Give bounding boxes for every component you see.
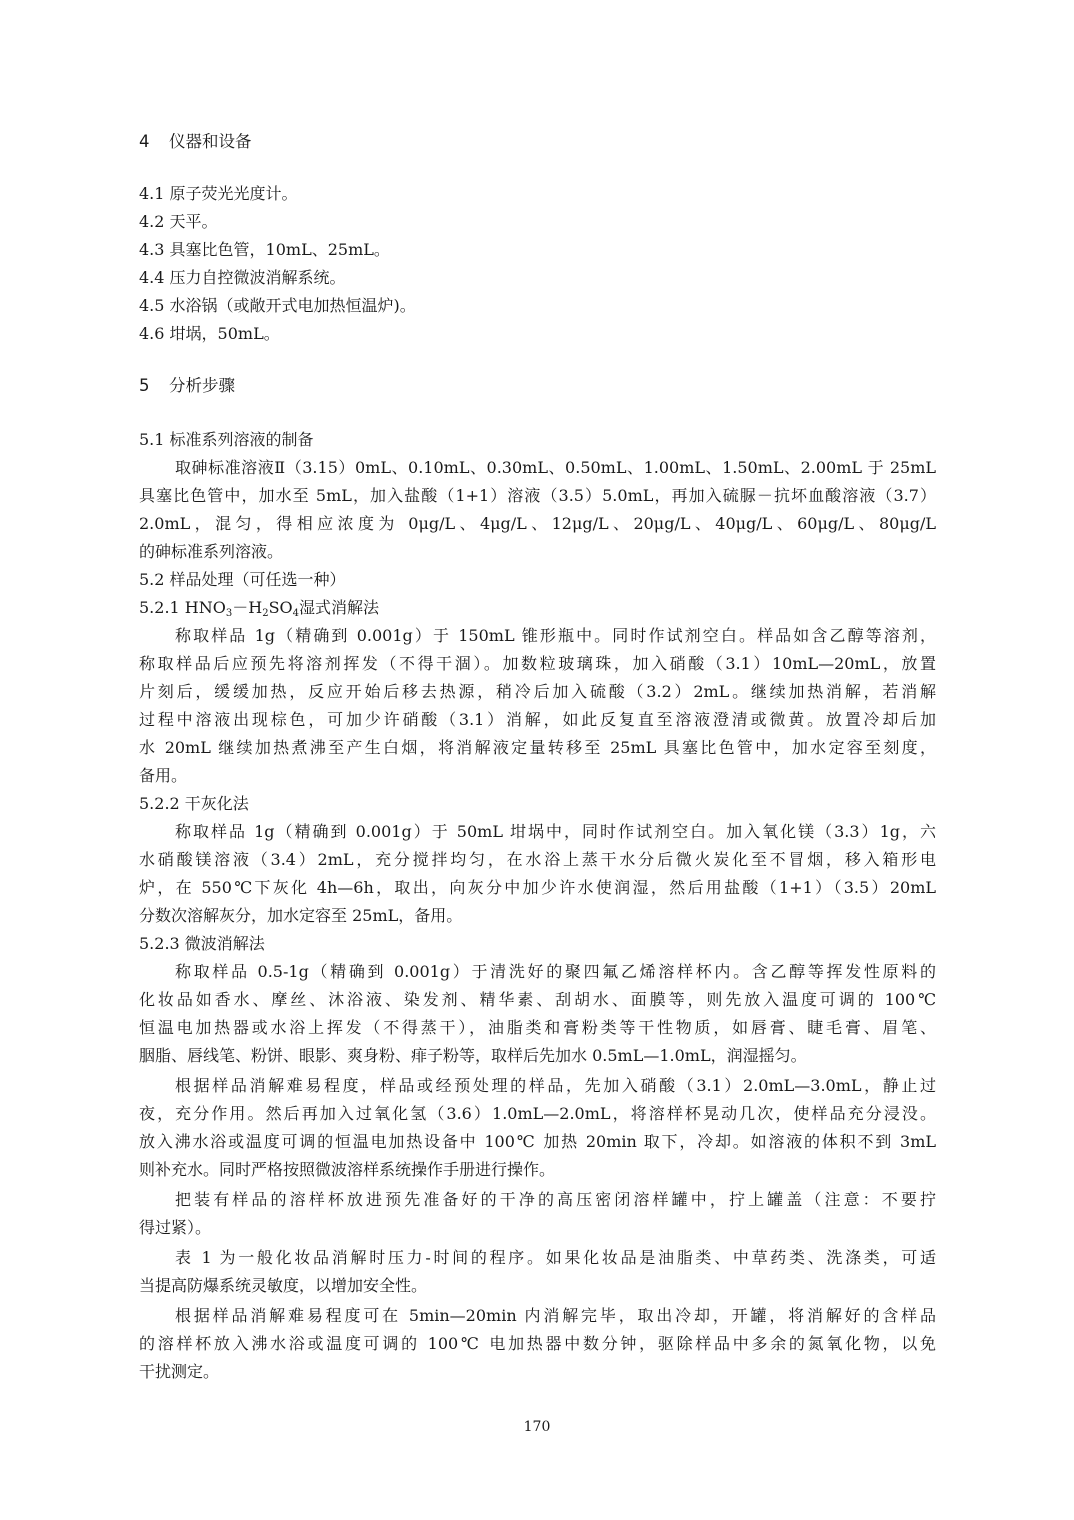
paragraph-line: 胭脂、唇线笔、粉饼、眼影、爽身粉、痱子粉等，取样后先加水 0.5mL—1.0mL… [139, 1046, 807, 1066]
paragraph-line: 水硝酸镁溶液（3.4）2mL，充分搅拌均匀，在水浴上蒸干水分后微火炭化至不冒烟，… [139, 850, 936, 870]
paragraph-line: 过程中溶液出现棕色，可加少许硝酸（3.1）消解，如此反复直至溶液澄清或微黄。放置… [139, 710, 936, 730]
paragraph-line: 称取样品 1g（精确到 0.001g）于 50mL 坩埚中，同时作试剂空白。加入… [139, 822, 936, 842]
section-5-heading: 5分析步骤 [139, 376, 235, 396]
paragraph-line: 称取样品后应预先将溶剂挥发（不得干涸）。加数粒玻璃珠，加入硝酸（3.1）10mL… [139, 654, 936, 674]
paragraph-line: 根据样品消解难易程度，样品或经预处理的样品，先加入硝酸（3.1）2.0mL—3.… [139, 1076, 936, 1096]
paragraph-line: 表 1 为一般化妆品消解时压力-时间的程序。如果化妆品是油脂类、中草药类、洗涤类… [139, 1248, 936, 1268]
paragraph-line: 把装有样品的溶样杯放进预先准备好的干净的高压密闭溶样罐中，拧上罐盖（注意：不要拧 [139, 1190, 936, 1210]
paragraph-line: 片刻后，缓缓加热，反应开始后移去热源，稍冷后加入硫酸（3.2）2mL。继续加热消… [139, 682, 936, 702]
paragraph-line: 的溶样杯放入沸水浴或温度可调的 100℃ 电加热器中数分钟，驱除样品中多余的氮氧… [139, 1334, 936, 1354]
paragraph-line: 取砷标准溶液Ⅱ（3.15）0mL、0.10mL、0.30mL、0.50mL、1.… [139, 458, 936, 478]
subsection-5-2-3-heading: 5.2.3 微波消解法 [139, 934, 265, 954]
paragraph-line: 得过紧）。 [139, 1218, 211, 1238]
paragraph-line: 水 20mL 继续加热煮沸至产生白烟，将消解液定量转移至 25mL 具塞比色管中… [139, 738, 936, 758]
paragraph-line: 当提高防爆系统灵敏度，以增加安全性。 [139, 1276, 427, 1296]
list-item: 4.1 原子荧光光度计。 [139, 184, 298, 204]
paragraph-line: 2.0mL，混匀，得相应浓度为 0μg/L、4μg/L、12μg/L、20μg/… [139, 514, 936, 534]
paragraph-line: 夜，充分作用。然后再加入过氧化氢（3.6）1.0mL—2.0mL，将溶样杯晃动几… [139, 1104, 936, 1124]
paragraph-line: 炉，在 550℃下灰化 4h—6h，取出，向灰分中加少许水使润湿，然后用盐酸（1… [139, 878, 936, 898]
paragraph-line: 根据样品消解难易程度可在 5min—20min 内消解完毕，取出冷却，开罐，将消… [139, 1306, 936, 1326]
paragraph-line: 称取样品 0.5-1g（精确到 0.001g）于清洗好的聚四氟乙烯溶样杯内。含乙… [139, 962, 936, 982]
paragraph-line: 化妆品如香水、摩丝、沐浴液、染发剂、精华素、刮胡水、面膜等，则先放入温度可调的 … [139, 990, 936, 1010]
paragraph-line: 称取样品 1g（精确到 0.001g）于 150mL 锥形瓶中。同时作试剂空白。… [139, 626, 936, 646]
paragraph-line: 的砷标准系列溶液。 [139, 542, 283, 562]
paragraph-line: 干扰测定。 [139, 1362, 219, 1382]
list-item: 4.2 天平。 [139, 212, 218, 232]
paragraph-line: 具塞比色管中，加水至 5mL，加入盐酸（1+1）溶液（3.5）5.0mL，再加入… [139, 486, 936, 506]
page-number: 170 [0, 1419, 1074, 1435]
paragraph-line: 备用。 [139, 766, 187, 786]
subsection-5-2-1-heading: 5.2.1 HNO3－H2SO4湿式消解法 [139, 598, 379, 618]
paragraph-line: 放入沸水浴或温度可调的恒温电加热设备中 100℃ 加热 20min 取下，冷却。… [139, 1132, 936, 1152]
paragraph-line: 分数次溶解灰分，加水定容至 25mL，备用。 [139, 906, 462, 926]
section-4-heading: 4仪器和设备 [139, 132, 252, 152]
subsection-5-2-2-heading: 5.2.2 干灰化法 [139, 794, 249, 814]
list-item: 4.4 压力自控微波消解系统。 [139, 268, 346, 288]
paragraph-line: 恒温电加热器或水浴上挥发（不得蒸干），油脂类和膏粉类等干性物质，如唇膏、睫毛膏、… [139, 1018, 936, 1038]
list-item: 4.6 坩埚，50mL。 [139, 324, 280, 344]
list-item: 4.5 水浴锅（或敞开式电加热恒温炉)。 [139, 296, 416, 316]
list-item: 4.3 具塞比色管，10mL、25mL。 [139, 240, 390, 260]
paragraph-line: 则补充水。同时严格按照微波溶样系统操作手册进行操作。 [139, 1160, 555, 1180]
subsection-5-2-heading: 5.2 样品处理（可任选一种） [139, 570, 346, 590]
subsection-5-1-heading: 5.1 标准系列溶液的制备 [139, 430, 314, 450]
